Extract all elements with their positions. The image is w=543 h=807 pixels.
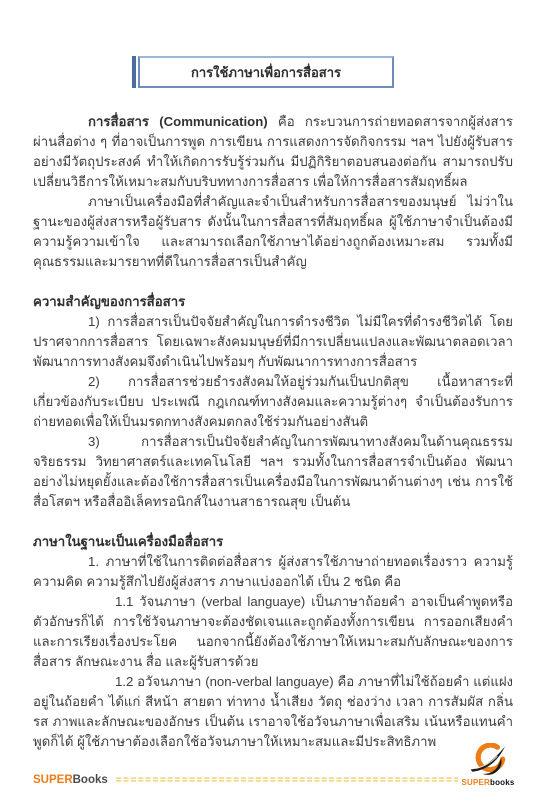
section-heading-importance: ความสำคัญของการสื่อสาร (33, 292, 513, 312)
importance-item-2: 2) การสื่อสารช่วยธำรงสังคมให้อยู่ร่วมกัน… (33, 372, 513, 432)
importance-item-3: 3) การสื่อสารเป็นปัจจัยสำคัญในการพัฒนาทา… (33, 432, 513, 512)
paragraph-communication-definition: การสื่อสาร (Communication) คือ กระบวนการ… (33, 112, 513, 192)
logo-text-super: SUPER (461, 778, 490, 787)
footer-brand-super: SUPER (33, 774, 73, 786)
language-tool-item-nonverbal: 1.2 อวัจนภาษา (non-verbal languaye) คือ … (33, 672, 513, 752)
section-heading-language-tool: ภาษาในฐานะเป็นเครื่องมือสื่อสาร (33, 532, 513, 552)
superbooks-logo-icon (469, 743, 507, 777)
language-tool-item-verbal: 1.1 วัจนภาษา (verbal languaye) เป็นภาษาถ… (33, 592, 513, 672)
footer-brand-books: Books (73, 774, 108, 786)
title-box: การใช้ภาษาเพื่อการสื่อสาร (138, 56, 394, 88)
paragraph-language-importance: ภาษาเป็นเครื่องมือที่สำคัญและจำเป็นสำหรั… (33, 192, 513, 272)
page-footer: SUPERBooks =============================… (33, 743, 515, 787)
footer-divider: ========================================… (116, 774, 458, 787)
page-title: การใช้ภาษาเพื่อการสื่อสาร (191, 62, 341, 83)
term-communication: การสื่อสาร (Communication) (88, 114, 268, 129)
footer-brand: SUPERBooks (33, 774, 113, 787)
logo-text-books: books (490, 778, 515, 787)
importance-item-1: 1) การสื่อสารเป็นปัจจัยสำคัญในการดำรงชีว… (33, 312, 513, 372)
document-page: การใช้ภาษาเพื่อการสื่อสาร การสื่อสาร (Co… (0, 0, 543, 807)
superbooks-logo: SUPERbooks (461, 743, 515, 787)
superbooks-logo-text: SUPERbooks (461, 778, 515, 787)
language-tool-intro: 1. ภาษาที่ใช้ในการติดต่อสื่อสาร ผู้ส่งสา… (33, 552, 513, 592)
document-body: การสื่อสาร (Communication) คือ กระบวนการ… (33, 112, 513, 752)
